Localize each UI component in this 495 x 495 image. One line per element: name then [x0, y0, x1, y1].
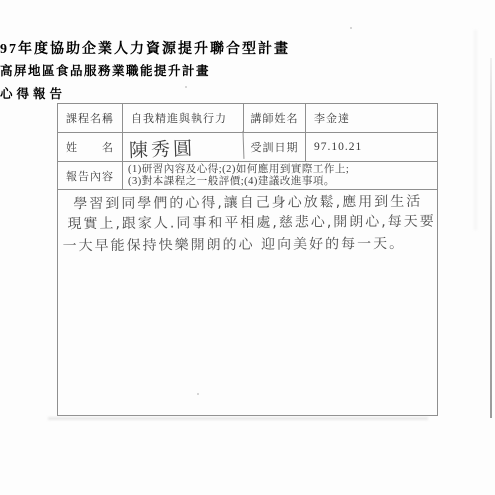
document-title-report: 心得報告 — [0, 84, 495, 102]
page-edge-soft-shadow — [474, 30, 477, 230]
table-row-report-body: 學習到同學們的心得,讓自己身心放鬆,應用到生活 現實上,跟家人.同事和平相處,慈… — [58, 190, 437, 414]
course-name-value: 自我精進與執行力 — [123, 104, 244, 132]
report-content-label: 報告內容 — [58, 162, 123, 189]
handwriting-line: 現實上,跟家人.同事和平相處,慈悲心,開朗心,每天要 — [57, 212, 435, 234]
scan-noise-speck — [185, 86, 187, 88]
scan-smudge-bottom — [48, 417, 428, 420]
handwriting-line: 一大早能保持快樂開朗的心 迎向美好的每一天。 — [58, 235, 436, 257]
scan-noise-speck — [197, 393, 199, 395]
table-row-course: 課程名稱 自我精進與執行力 講師姓名 李金達 — [58, 104, 437, 133]
page-edge-shadow-right — [490, 58, 492, 418]
report-content-spec: (1)研習內容及心得;(2)如何應用到實際工作上; (3)對本課程之一般評價;(… — [123, 162, 437, 189]
document-title-line2: 高屏地區食品服務業職能提升計畫 — [0, 61, 495, 79]
scan-noise-speck — [350, 27, 352, 29]
report-content-spec-line2: (3)對本課程之一般評價;(4)建議改進事項。 — [128, 176, 437, 188]
handwritten-report-body: 學習到同學們的心得,讓自己身心放鬆,應用到生活 現實上,跟家人.同事和平相處,慈… — [57, 189, 437, 416]
document-title-line1: 97年度協助企業人力資源提升聯合型計畫 — [0, 38, 495, 58]
report-form-table: 課程名稱 自我精進與執行力 講師姓名 李金達 姓 名 陳秀圓 受訓日期 97.1… — [57, 103, 438, 416]
report-content-spec-line1: (1)研習內容及心得;(2)如何應用到實際工作上; — [128, 164, 437, 176]
instructor-name-label: 講師姓名 — [244, 104, 306, 132]
table-row-content-spec: 報告內容 (1)研習內容及心得;(2)如何應用到實際工作上; (3)對本課程之一… — [58, 162, 437, 190]
instructor-name-value: 李金達 — [306, 104, 437, 132]
scanned-document-page: 97年度協助企業人力資源提升聯合型計畫 高屏地區食品服務業職能提升計畫 心得報告… — [0, 0, 495, 495]
table-row-trainee: 姓 名 陳秀圓 受訓日期 97.10.21 — [58, 133, 437, 162]
handwriting-line: 學習到同學們的心得,讓自己身心放鬆,應用到生活 — [57, 193, 435, 215]
training-date-value: 97.10.21 — [306, 133, 437, 161]
course-name-label: 課程名稱 — [58, 104, 123, 132]
trainee-name-handwritten: 陳秀圓 — [123, 131, 245, 163]
trainee-name-label: 姓 名 — [58, 133, 123, 161]
training-date-label: 受訓日期 — [244, 133, 306, 161]
